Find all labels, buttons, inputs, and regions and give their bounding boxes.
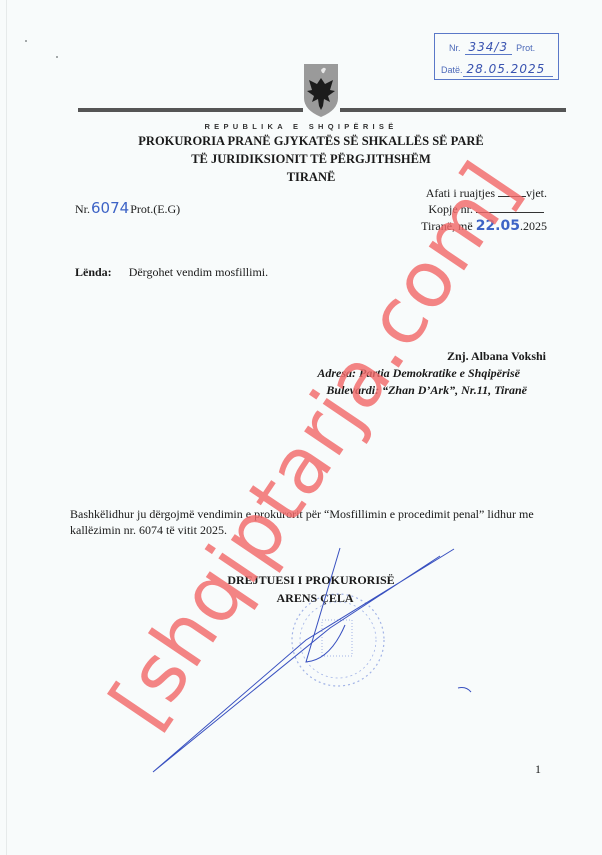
reference-nr-value: 6074 <box>90 199 130 217</box>
place-date-year: .2025 <box>520 219 547 233</box>
protocol-number-row: Nr. 334/3 Prot. <box>449 40 535 55</box>
header-rule-right <box>340 108 566 112</box>
scan-speck <box>56 56 58 58</box>
recipient-name: Znj. Albana Vokshi <box>447 349 546 364</box>
page-number: 1 <box>535 762 541 777</box>
institution-name-line3: TIRANË <box>10 170 602 185</box>
protocol-date-value: 28.05.2025 <box>463 62 553 77</box>
signer-name: ARENS ÇELA <box>14 591 602 606</box>
copy-number: Kopje nr. <box>428 202 544 217</box>
protocol-date-row: Datë. 28.05.2025 <box>441 62 553 77</box>
retention-suffix: vjet. <box>526 186 547 200</box>
signer-title: DREJTUESI I PROKURORISË <box>10 573 602 588</box>
protocol-nr-value: 334/3 <box>465 40 513 55</box>
subject-text: Dërgohet vendim mosfillimi. <box>129 265 268 279</box>
copy-label: Kopje nr. <box>428 202 473 216</box>
reference-nr-label: Nr. <box>75 202 90 217</box>
recipient-address-line1: Adresa: Partia Demokratike e Shqipërisë <box>317 366 520 381</box>
protocol-prot-label: Prot. <box>516 43 535 53</box>
recipient-address-line2: Bulevardi: “Zhan D’Ark”, Nr.11, Tiranë <box>326 383 527 398</box>
republic-heading: REPUBLIKA E SHQIPËRISË <box>0 122 602 131</box>
subject-label: Lënda: <box>75 265 112 279</box>
scan-speck <box>25 40 27 42</box>
subject-line: Lënda: Dërgohet vendim mosfillimi. <box>75 265 268 280</box>
protocol-nr-label: Nr. <box>449 43 461 53</box>
watermark-text: [shqiptarja.com] <box>93 147 536 744</box>
official-seal-icon <box>292 594 384 686</box>
place-date: Tiranë, më 22.05.2025 <box>421 218 547 234</box>
institution-name-line2: TË JURIDIKSIONIT TË PËRGJITHSHËM <box>10 152 602 167</box>
copy-blank <box>476 202 544 213</box>
retention-label: Afati i ruajtjes <box>426 186 495 200</box>
protocol-stamp: Nr. 334/3 Prot. Datë. 28.05.2025 <box>434 33 559 80</box>
reference-number: Nr. 6074 Prot.(E.G) <box>75 199 180 217</box>
place-date-handwritten: 22.05 <box>476 218 520 234</box>
letter-body: Bashkëlidhur ju dërgojmë vendimin e prok… <box>70 506 550 538</box>
reference-prot-suffix: Prot.(E.G) <box>130 202 180 217</box>
albanian-coat-of-arms-icon <box>303 62 339 118</box>
retention-period: Afati i ruajtjes vjet. <box>426 186 547 201</box>
protocol-date-label: Datë. <box>441 65 463 75</box>
institution-name-line1: PROKURORIA PRANË GJYKATËS SË SHKALLËS SË… <box>10 134 602 149</box>
place-date-label: Tiranë, më <box>421 219 473 233</box>
retention-blank <box>498 186 526 197</box>
header-rule-left <box>78 108 303 112</box>
